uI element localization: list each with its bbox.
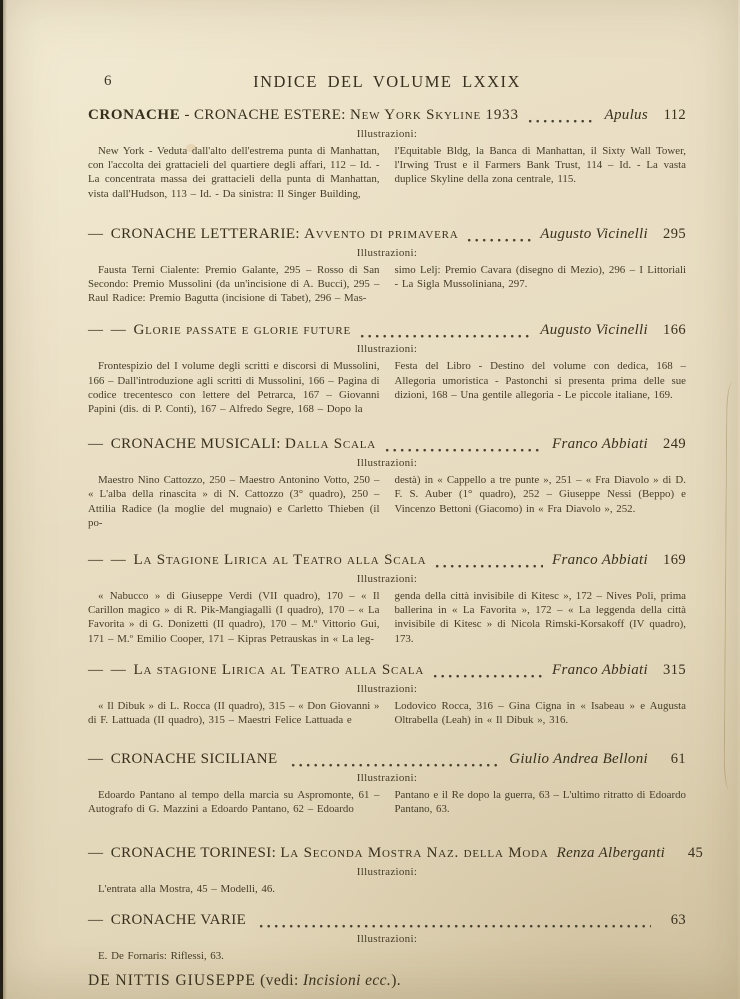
entry-heading: — — Glorie passate e glorie future Augus…	[88, 321, 686, 340]
leader-dots	[360, 334, 531, 339]
entry-title-caps: CRONACHE SICILIANE	[111, 750, 282, 769]
column-left: Fausta Terni Cialente: Premio Galante, 2…	[88, 263, 380, 306]
column-left: E. De Fornaris: Riflessi, 63.	[88, 949, 380, 963]
column-left: Frontespizio del I volume degli scritti …	[88, 359, 380, 416]
page-title: INDICE DEL VOLUME LXXIX	[88, 72, 686, 92]
entry-page-number: 166	[660, 321, 686, 340]
leader-dots	[259, 924, 651, 929]
index-entry: CRONACHE - CRONACHE ESTERE: New York Sky…	[88, 106, 686, 201]
entry-dash: — —	[88, 551, 134, 570]
entry-page-number: 249	[660, 435, 686, 454]
entry-author: Augusto Vicinelli	[540, 225, 648, 244]
entry-title-smallcaps: La Seconda Mostra Naz. della Moda	[280, 844, 548, 863]
entry-title-smallcaps: Glorie passate e glorie future	[134, 321, 352, 340]
illustrations-label: Illustrazioni:	[88, 683, 686, 695]
column-right: simo Lelj: Premio Cavara (disegno di Mez…	[395, 263, 687, 306]
entry-heading: — CRONACHE VARIE 63	[88, 911, 686, 930]
column-right: genda della città invisibile di Kitesc »…	[395, 589, 687, 646]
illustration-list: Maestro Nino Cattozzo, 250 – Maestro Ant…	[88, 473, 686, 530]
column-right: Lodovico Rocca, 316 – Gina Cigna in « Is…	[395, 699, 687, 727]
entry-page-number: 315	[660, 661, 686, 680]
entry-title-smallcaps: New York Skyline 1933	[350, 106, 519, 125]
illustrations-label: Illustrazioni:	[88, 933, 686, 945]
illustrations-label: Illustrazioni:	[88, 343, 686, 355]
leader-dots	[385, 448, 543, 453]
index-entry: — — La Stagione Lirica al Teatro alla Sc…	[88, 551, 686, 646]
entry-author: Franco Abbiati	[552, 551, 648, 570]
leader-dots	[467, 238, 531, 243]
entry-heading: — — La Stagione Lirica al Teatro alla Sc…	[88, 551, 686, 570]
column-right	[395, 949, 687, 963]
entry-page-number: 112	[660, 106, 686, 125]
cross-reference-post: ).	[391, 972, 401, 989]
column-left: « Il Dibuk » di L. Rocca (II quadro), 31…	[88, 699, 380, 727]
entry-title-caps: CRONACHE TORINESI:	[111, 844, 281, 863]
illustration-list: E. De Fornaris: Riflessi, 63.	[88, 949, 686, 963]
column-right	[395, 882, 687, 896]
entry-title-smallcaps: Dalla Scala	[285, 435, 376, 454]
entry-title-smallcaps: La stagione Lirica al Teatro alla Scala	[134, 661, 425, 680]
entry-title-caps: CRONACHE LETTERARIE:	[111, 225, 304, 244]
entry-dash: —	[88, 844, 111, 863]
column-left: New York - Veduta dall'alto dell'estrema…	[88, 144, 380, 201]
entry-title-caps: - CRONACHE ESTERE:	[180, 106, 350, 125]
entry-dash: — —	[88, 321, 134, 340]
entry-dash: —	[88, 435, 111, 454]
entry-page-number: 63	[660, 911, 686, 930]
entry-page-number: 169	[660, 551, 686, 570]
leader-dots	[528, 119, 596, 124]
entry-heading: — CRONACHE TORINESI: La Seconda Mostra N…	[88, 844, 686, 863]
illustration-list: « Il Dibuk » di L. Rocca (II quadro), 31…	[88, 699, 686, 727]
illustration-list: Frontespizio del I volume degli scritti …	[88, 359, 686, 416]
leader-dots	[435, 564, 543, 569]
entry-author: Giulio Andrea Belloni	[509, 750, 648, 769]
entry-author: Franco Abbiati	[552, 435, 648, 454]
book-page: 6 INDICE DEL VOLUME LXXIX CRONACHE - CRO…	[0, 0, 740, 990]
entry-dash: —	[88, 911, 111, 930]
entry-page-number: 61	[660, 750, 686, 769]
column-right: l'Equitable Bldg, la Banca di Manhattan,…	[395, 144, 687, 201]
index-entry: — CRONACHE TORINESI: La Seconda Mostra N…	[88, 844, 686, 896]
index-entry: — CRONACHE SICILIANE Giulio Andrea Bello…	[88, 750, 686, 816]
entry-title-caps: CRONACHE VARIE	[111, 911, 251, 930]
entry-heading: — CRONACHE SICILIANE Giulio Andrea Bello…	[88, 750, 686, 769]
illustrations-label: Illustrazioni:	[88, 457, 686, 469]
entry-title-smallcaps: Avvento di primavera	[304, 225, 458, 244]
entry-title-bold: CRONACHE	[88, 106, 180, 125]
cross-reference-entry: DE NITTIS GIUSEPPE (vedi: Incisioni ecc.…	[88, 972, 686, 990]
entry-heading: CRONACHE - CRONACHE ESTERE: New York Sky…	[88, 106, 686, 125]
cross-reference-pre: (vedi:	[256, 972, 303, 989]
entry-page-number: 45	[677, 844, 703, 863]
entry-title-smallcaps: La Stagione Lirica al Teatro alla Scala	[134, 551, 427, 570]
column-left: L'entrata alla Mostra, 45 – Modelli, 46.	[88, 882, 380, 896]
cross-reference-name: DE NITTIS GIUSEPPE	[88, 972, 256, 989]
column-right: Festa del Libro - Destino del volume con…	[395, 359, 687, 416]
entry-dash: —	[88, 225, 111, 244]
column-left: « Nabucco » di Giuseppe Verdi (VII quadr…	[88, 589, 380, 646]
leader-dots	[433, 674, 543, 679]
index-entry: — CRONACHE LETTERARIE: Avvento di primav…	[88, 225, 686, 306]
page-number: 6	[104, 73, 112, 90]
illustrations-label: Illustrazioni:	[88, 128, 686, 140]
index-entry: — — La stagione Lirica al Teatro alla Sc…	[88, 661, 686, 727]
illustrations-label: Illustrazioni:	[88, 866, 686, 878]
illustration-list: Fausta Terni Cialente: Premio Galante, 2…	[88, 263, 686, 306]
illustration-list: « Nabucco » di Giuseppe Verdi (VII quadr…	[88, 589, 686, 646]
illustrations-label: Illustrazioni:	[88, 573, 686, 585]
page-header: 6 INDICE DEL VOLUME LXXIX	[88, 72, 686, 92]
illustration-list: L'entrata alla Mostra, 45 – Modelli, 46.	[88, 882, 686, 896]
illustration-list: Edoardo Pantano al tempo della marcia su…	[88, 788, 686, 816]
entry-dash: —	[88, 750, 111, 769]
column-right: destà) in « Cappello a tre punte », 251 …	[395, 473, 687, 530]
illustrations-label: Illustrazioni:	[88, 772, 686, 784]
leader-dots	[291, 763, 501, 768]
entry-page-number: 295	[660, 225, 686, 244]
illustration-list: New York - Veduta dall'alto dell'estrema…	[88, 144, 686, 201]
column-left: Edoardo Pantano al tempo della marcia su…	[88, 788, 380, 816]
entry-author: Apulus	[605, 106, 648, 125]
cross-reference-target: Incisioni ecc.	[303, 972, 391, 989]
index-entry: — — Glorie passate e glorie future Augus…	[88, 321, 686, 416]
illustrations-label: Illustrazioni:	[88, 247, 686, 259]
entry-author: Augusto Vicinelli	[540, 321, 648, 340]
entry-heading: — — La stagione Lirica al Teatro alla Sc…	[88, 661, 686, 680]
entry-title-caps: CRONACHE MUSICALI:	[111, 435, 285, 454]
entry-heading: — CRONACHE LETTERARIE: Avvento di primav…	[88, 225, 686, 244]
entry-heading: — CRONACHE MUSICALI: Dalla Scala Franco …	[88, 435, 686, 454]
index-entry: — CRONACHE VARIE 63 Illustrazioni: E. De…	[88, 911, 686, 963]
column-right: Pantano e il Re dopo la guerra, 63 – L'u…	[395, 788, 687, 816]
entry-author: Franco Abbiati	[552, 661, 648, 680]
entry-author: Renza Alberganti	[557, 844, 666, 863]
entry-dash: — —	[88, 661, 134, 680]
column-left: Maestro Nino Cattozzo, 250 – Maestro Ant…	[88, 473, 380, 530]
index-entry: — CRONACHE MUSICALI: Dalla Scala Franco …	[88, 435, 686, 530]
